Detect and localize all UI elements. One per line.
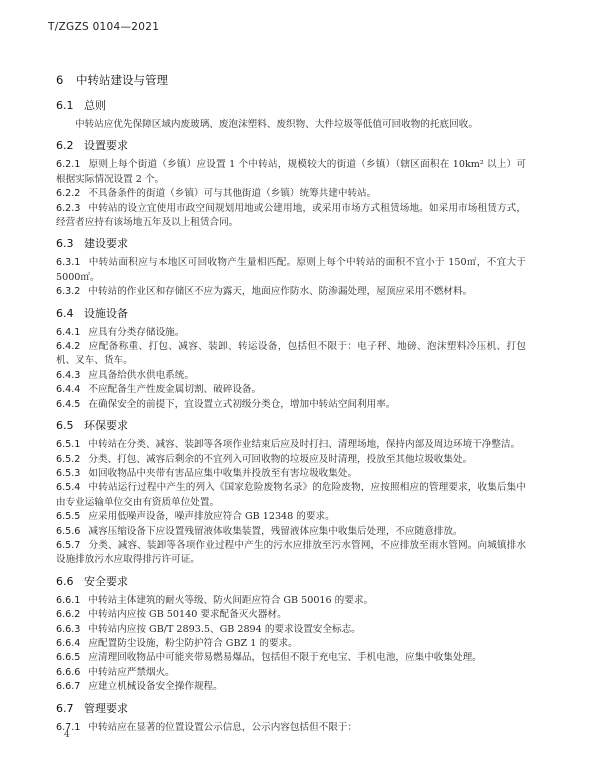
clause: 6.2.1原则上每个街道（乡镇）应设置 1 个中转站，规模较大的街道（乡镇）（辖… bbox=[56, 158, 526, 187]
clause: 6.6.7应建立机械设备安全操作规程。 bbox=[56, 680, 526, 694]
section-heading: 6.5环保要求 bbox=[56, 418, 526, 433]
clause: 6.5.4中转站运行过程中产生的列入《国家危险废物名录》的危险废物，应按照相应的… bbox=[56, 481, 526, 510]
clause: 6.6.1中转站主体建筑的耐火等级、防火间距应符合 GB 50016 的要求。 bbox=[56, 594, 526, 608]
clause: 6.3.2中转站的作业区和存储区不应为露天，地面应作防水、防渗漏处理，屋顶应采用… bbox=[56, 285, 526, 299]
section-paragraph: 中转站应优先保障区域内废玻璃、废泡沫塑料、废织物、大件垃圾等低值可回收物的托底回… bbox=[56, 118, 526, 132]
clause: 6.5.5应采用低噪声设备，噪声排放应符合 GB 12348 的要求。 bbox=[56, 510, 526, 524]
document-code-header: T/ZGZS 0104—2021 bbox=[48, 21, 159, 33]
chapter-title: 中转站建设与管理 bbox=[76, 73, 168, 87]
clause: 6.5.3如回收物品中夹带有害品应集中收集并投放至有害垃圾收集处。 bbox=[56, 467, 526, 481]
page-number: 4 bbox=[64, 730, 70, 740]
clause: 6.6.4应配置防尘设施，粉尘防护符合 GBZ 1 的要求。 bbox=[56, 637, 526, 651]
clause: 6.5.6减容压缩设备下应设置残留液体收集装置，残留液体应集中收集后处理，不应随… bbox=[56, 525, 526, 539]
clause: 6.4.5在确保安全的前提下，宜设置立式初级分类仓，增加中转站空间利用率。 bbox=[56, 398, 526, 412]
clause: 6.4.3应具备给供水供电系统。 bbox=[56, 369, 526, 383]
clause: 6.4.4不应配备生产性废金属切割、破碎设备。 bbox=[56, 383, 526, 397]
section-heading: 6.2设置要求 bbox=[56, 138, 526, 153]
clause: 6.5.1中转站在分类、减容、装卸等各项作业结束后应及时打扫、清理场地，保持内部… bbox=[56, 438, 526, 452]
clause: 6.6.2中转站内应按 GB 50140 要求配备灭火器材。 bbox=[56, 608, 526, 622]
clause: 6.2.2不具备条件的街道（乡镇）可与其他街道（乡镇）统筹共建中转站。 bbox=[56, 187, 526, 201]
section-heading: 6.1总则 bbox=[56, 98, 526, 113]
clause: 6.5.2分类、打包、减容后剩余的不宜列入可回收物的垃圾应及时清理，投放至其他垃… bbox=[56, 453, 526, 467]
clause: 6.4.2应配备称重、打包、减容、装卸、转运设备，包括但不限于：电子秤、地磅、泡… bbox=[56, 340, 526, 369]
section-heading: 6.3建设要求 bbox=[56, 236, 526, 251]
clause: 6.6.3中转站内应按 GB/T 2893.5、GB 2894 的要求设置安全标… bbox=[56, 623, 526, 637]
chapter-number: 6 bbox=[56, 72, 70, 88]
clause: 6.7.1中转站应在显著的位置设置公示信息，公示内容包括但不限于： bbox=[56, 721, 526, 735]
section-heading: 6.4设施设备 bbox=[56, 306, 526, 321]
section-heading: 6.6安全要求 bbox=[56, 574, 526, 589]
clause: 6.6.5应清理回收物品中可能夹带易燃易爆品，包括但不限于充电宝、手机电池，应集… bbox=[56, 651, 526, 665]
document-body: 6中转站建设与管理 6.1总则 中转站应优先保障区域内废玻璃、废泡沫塑料、废织物… bbox=[56, 72, 526, 735]
clause: 6.5.7分类、减容、装卸等各项作业过程中产生的污水应排放至污水管网，不应排放至… bbox=[56, 539, 526, 568]
clause: 6.3.1中转站面积应与本地区可回收物产生量相匹配。原则上每个中转站的面积不宜小… bbox=[56, 256, 526, 285]
clause: 6.2.3中转站的设立宜使用市政空间规划用地或公建用地，或采用市场方式租赁场地。… bbox=[56, 202, 526, 231]
section-heading: 6.7管理要求 bbox=[56, 701, 526, 716]
clause: 6.4.1应具有分类存储设施。 bbox=[56, 326, 526, 340]
clause: 6.6.6中转站应严禁烟火。 bbox=[56, 666, 526, 680]
chapter-heading: 6中转站建设与管理 bbox=[56, 72, 526, 88]
